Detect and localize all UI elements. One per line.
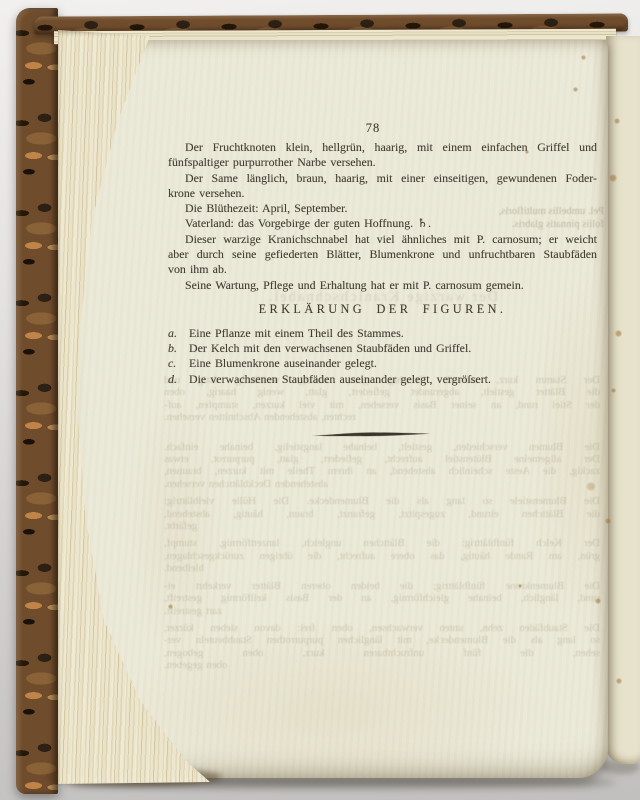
- figure-text: Eine Pflanze mit einem Theil des Stammes…: [189, 326, 404, 341]
- show-through-line: Die Blumenstiele so lang als die Blumend…: [164, 495, 600, 507]
- figure-label: b.: [168, 341, 189, 356]
- body-line: Der Same länglich, braun, haarig, mit ei…: [168, 171, 597, 186]
- foxing-spot: [611, 388, 616, 393]
- body-paragraphs: Der Fruchtknoten klein, hellgrün, haarig…: [168, 140, 597, 293]
- show-through-line: rechten, abstehenden Abschnitten versehe…: [164, 411, 600, 423]
- show-through-block: Die Blumen verschieden, gestielt, beinah…: [164, 441, 600, 491]
- underlying-page-right: [606, 36, 640, 764]
- foxing-spot: [581, 55, 586, 60]
- show-through-line: der Stiel rund, an seiner Basis versehen…: [164, 399, 600, 411]
- body-paragraph: Der Same länglich, braun, haarig, mit ei…: [168, 171, 597, 202]
- body-paragraph: Vaterland: das Vorgebirge der guten Hoff…: [168, 216, 597, 231]
- show-through-line: Die Staubfäden zehn, unten verwachsen, o…: [164, 622, 600, 634]
- body-line: Vaterland: das Vorgebirge der guten Hoff…: [168, 216, 597, 231]
- show-through-line: Die Blumenkrone fünfblättrig; die beiden…: [164, 580, 600, 592]
- body-paragraph: Seine Wartung, Pflege und Erhaltung hat …: [168, 278, 597, 293]
- body-line: Dieser warzige Kranichschnabel hat viel …: [168, 232, 597, 247]
- body-line: fünfspaltiger purpurrother Narbe versehe…: [168, 155, 597, 170]
- foxing-spot: [525, 150, 529, 154]
- show-through-line: die Blätter gestielt, abgerundet gefiede…: [164, 386, 600, 398]
- show-through-line: sehen, die fünf unfruchtbaren kurz, oben…: [164, 647, 600, 659]
- body-line: krone versehen.: [168, 186, 597, 201]
- body-line: von ihm ab.: [168, 262, 597, 277]
- figure-label: a.: [168, 326, 189, 341]
- show-through-block: Der Kelch fünfblättrig: die Blättchen un…: [164, 537, 600, 574]
- show-through-line: rund, länglich, beinahe gleichförmig, an…: [164, 592, 600, 604]
- body-paragraph: Dieser warzige Kranichschnabel hat viel …: [168, 232, 597, 278]
- tail-rule-divider: [311, 425, 430, 435]
- foxing-spot: [605, 518, 611, 524]
- show-through-paragraphs: Der Stamm kurz, saftvoll, fleischig, gla…: [164, 374, 600, 677]
- photo-of-open-book: Pel. umbellis multifloris,foliis pinnati…: [0, 0, 640, 800]
- body-line: Seine Wartung, Pflege und Erhaltung hat …: [168, 278, 597, 293]
- figure-item: c.Eine Blumenkrone auseinander gelegt.: [168, 356, 597, 371]
- body-paragraph: Die Blüthezeit: April, September.: [168, 201, 597, 216]
- figure-label: c.: [168, 356, 189, 371]
- body-paragraph: Der Fruchtknoten klein, hellgrün, haarig…: [168, 140, 597, 171]
- foxing-spot: [616, 678, 622, 684]
- figure-explanation-list: a.Eine Pflanze mit einem Theil des Stamm…: [168, 326, 597, 386]
- show-through-line: so lang als die Blumendecke, mit länglic…: [164, 634, 600, 646]
- foxing-spot: [518, 584, 522, 588]
- page-number: 78: [168, 121, 578, 136]
- marbled-cover-left-edge: [16, 8, 58, 794]
- show-through-line: die Blättchen eirund, zugespitzt, gefran…: [164, 508, 600, 520]
- show-through-line: gefärbt.: [164, 520, 600, 532]
- show-through-block: Die Blumenstiele so lang als die Blumend…: [164, 495, 600, 532]
- show-through-line: grün, am Rande häutig, das obere aufrech…: [164, 550, 600, 562]
- foxing-spot: [609, 174, 617, 182]
- show-through-line: bleibend.: [164, 562, 600, 574]
- show-through-line: zart gestreift.: [164, 605, 600, 617]
- body-line: Der Fruchtknoten klein, hellgrün, haarig…: [168, 140, 597, 155]
- body-line: Die Blüthezeit: April, September.: [168, 201, 597, 216]
- show-through-line: Der Kelch fünfblättrig: die Blättchen un…: [164, 537, 600, 549]
- show-through-line: Die Blumen verschieden, gestielt, beinah…: [164, 441, 600, 453]
- figure-text: Der Kelch mit den verwachsenen Staubfäde…: [189, 341, 471, 356]
- show-through-line: zackig, die Aeste scheinlich abstehend, …: [164, 465, 600, 477]
- figure-label: d.: [168, 372, 189, 387]
- foxing-spot: [615, 330, 622, 337]
- page-body-text: Der Fruchtknoten klein, hellgrün, haarig…: [168, 140, 597, 387]
- figures-heading: ERKLÄRUNG DER FIGUREN.: [168, 302, 597, 317]
- foxing-spot: [614, 118, 620, 124]
- figure-text: Eine Blumenkrone auseinander gelegt.: [189, 356, 377, 371]
- foxing-spot: [168, 604, 173, 609]
- foxing-spot: [595, 598, 601, 604]
- body-line: aber durch seine gefiederten Blätter, Bl…: [168, 247, 597, 262]
- figure-item: a.Eine Pflanze mit einem Theil des Stamm…: [168, 326, 597, 341]
- show-through-line: Der allgemeine Blütenstiel aufrecht, gef…: [164, 453, 600, 465]
- show-through-line: oben gegeben.: [164, 659, 600, 671]
- show-through-block: Die Staubfäden zehn, unten verwachsen, o…: [164, 622, 600, 672]
- figure-text: Die verwachsenen Staubfäden auseinander …: [189, 372, 491, 387]
- figure-item: b.Der Kelch mit den verwachsenen Staubfä…: [168, 341, 597, 356]
- show-through-line: abstehenden Deckblättchen versehen.: [164, 478, 600, 490]
- show-through-block: Die Blumenkrone fünfblättrig; die beiden…: [164, 580, 600, 617]
- figure-item: d.Die verwachsenen Staubfäden auseinande…: [168, 372, 597, 387]
- foxing-spot: [573, 87, 578, 92]
- foxing-spot: [586, 482, 596, 491]
